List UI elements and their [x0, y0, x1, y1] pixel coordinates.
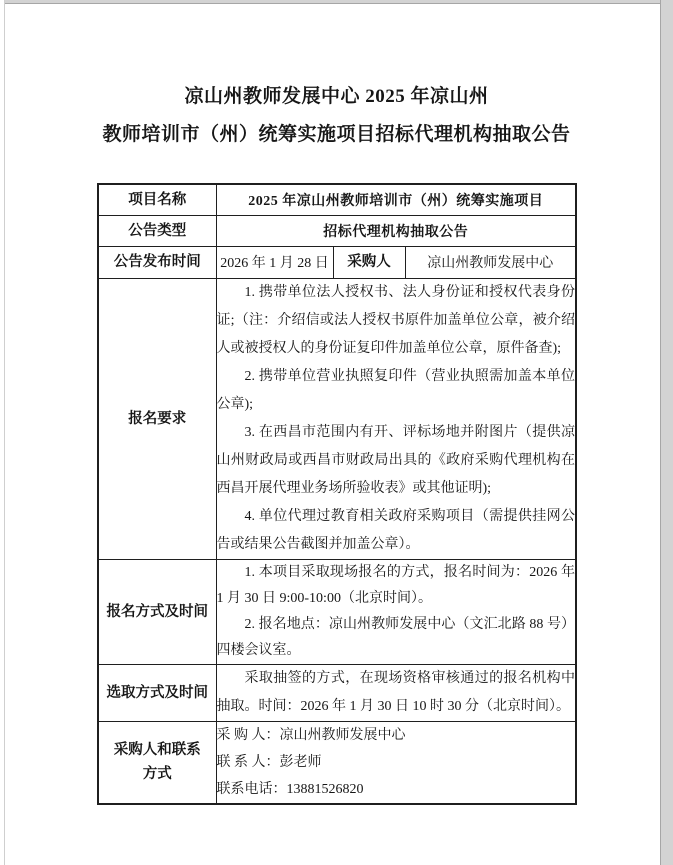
row-requirements: 报名要求 1. 携带单位法人授权书、法人身份证和授权代表身份证;（注：介绍信或法… — [98, 278, 576, 559]
registration-paragraph-1: 1. 本项目采取现场报名的方式，报名时间为：2026 年 1 月 30 日 9:… — [217, 560, 576, 612]
row-notice-type: 公告类型 招标代理机构抽取公告 — [98, 215, 576, 246]
document-page: 凉山州教师发展中心 2025 年凉山州 教师培训市（州）统筹实施项目招标代理机构… — [0, 0, 673, 865]
requirements-paragraph-2: 2. 携带单位营业执照复印件（营业执照需加盖本单位公章); — [217, 363, 576, 419]
announcement-table: 项目名称 2025 年凉山州教师培训市（州）统筹实施项目 公告类型 招标代理机构… — [97, 183, 577, 805]
requirements-label: 报名要求 — [98, 278, 216, 559]
registration-label: 报名方式及时间 — [98, 559, 216, 664]
row-publish-time: 公告发布时间 2026 年 1 月 28 日 采购人 凉山州教师发展中心 — [98, 246, 576, 278]
project-name-value: 2025 年凉山州教师培训市（州）统筹实施项目 — [216, 184, 576, 215]
page-title-line1: 凉山州教师发展中心 2025 年凉山州 — [20, 78, 653, 116]
requirements-paragraph-3: 3. 在西昌市范围内有开、评标场地并附图片（提供凉山州财政局或西昌市财政局出具的… — [217, 419, 576, 503]
publish-date-value: 2026 年 1 月 28 日 — [216, 246, 333, 278]
selection-paragraph: 采取抽签的方式，在现场资格审核通过的报名机构中抽取。时间：2026 年 1 月 … — [217, 665, 576, 721]
notice-type-label: 公告类型 — [98, 215, 216, 246]
requirements-paragraph-1: 1. 携带单位法人授权书、法人身份证和授权代表身份证;（注：介绍信或法人授权书原… — [217, 279, 576, 363]
selection-content: 采取抽签的方式，在现场资格审核通过的报名机构中抽取。时间：2026 年 1 月 … — [216, 664, 576, 721]
row-registration: 报名方式及时间 1. 本项目采取现场报名的方式，报名时间为：2026 年 1 月… — [98, 559, 576, 664]
page-title-line2: 教师培训市（州）统筹实施项目招标代理机构抽取公告 — [20, 116, 653, 154]
contact-phone-line: 联系电话：13881526820 — [217, 776, 576, 803]
viewer-margin-top — [4, 0, 673, 4]
row-selection: 选取方式及时间 采取抽签的方式，在现场资格审核通过的报名机构中抽取。时间：202… — [98, 664, 576, 721]
purchaser-value: 凉山州教师发展中心 — [405, 246, 576, 278]
requirements-paragraph-4: 4. 单位代理过教育相关政府采购项目（需提供挂网公告或结果公告截图并加盖公章）。 — [217, 503, 576, 559]
notice-type-value: 招标代理机构抽取公告 — [216, 215, 576, 246]
row-contact: 采购人和联系 方式 采 购 人：凉山州教师发展中心 联 系 人：彭老师 联系电话… — [98, 721, 576, 804]
registration-paragraph-2: 2. 报名地点：凉山州教师发展中心（文汇北路 88 号）四楼会议室。 — [217, 612, 576, 664]
requirements-content: 1. 携带单位法人授权书、法人身份证和授权代表身份证;（注：介绍信或法人授权书原… — [216, 278, 576, 559]
project-name-label: 项目名称 — [98, 184, 216, 215]
page-edge-left — [4, 0, 5, 865]
contact-content: 采 购 人：凉山州教师发展中心 联 系 人：彭老师 联系电话：138815268… — [216, 721, 576, 804]
contact-label: 采购人和联系 方式 — [98, 721, 216, 804]
viewer-margin-right — [660, 0, 673, 865]
selection-label: 选取方式及时间 — [98, 664, 216, 721]
contact-purchaser-line: 采 购 人：凉山州教师发展中心 — [217, 722, 576, 749]
row-project-name: 项目名称 2025 年凉山州教师培训市（州）统筹实施项目 — [98, 184, 576, 215]
registration-content: 1. 本项目采取现场报名的方式，报名时间为：2026 年 1 月 30 日 9:… — [216, 559, 576, 664]
page-title: 凉山州教师发展中心 2025 年凉山州 教师培训市（州）统筹实施项目招标代理机构… — [20, 78, 653, 154]
contact-person-line: 联 系 人：彭老师 — [217, 749, 576, 776]
publish-time-label: 公告发布时间 — [98, 246, 216, 278]
purchaser-label: 采购人 — [333, 246, 405, 278]
